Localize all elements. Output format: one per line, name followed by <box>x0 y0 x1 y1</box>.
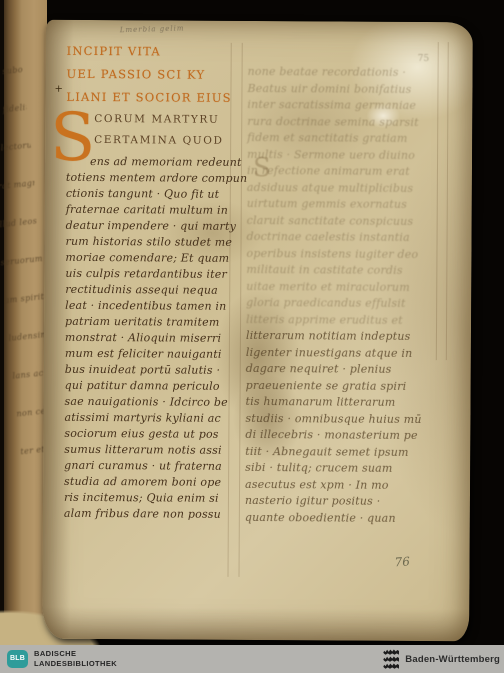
manuscript-text-line: tiit · Abnegauit semet ipsum <box>245 444 445 462</box>
faded-text-line: rura doctrinae semina sparsit <box>247 114 447 132</box>
manuscript-text-line: sumus litterarum notis assi <box>64 443 242 460</box>
manuscript-text-line: ctionis tangunt · Quo fit ut <box>66 187 244 204</box>
photo-backdrop: nam subole eruditsed fidelium aplut lect… <box>0 0 504 673</box>
manuscript-text-line: qui patitur damna periculo <box>65 379 243 396</box>
faded-text-line: litteris apprime eruditus et <box>246 312 446 330</box>
manuscript-text-line: litterarum notitiam indeptus <box>246 329 446 347</box>
faded-text-line: uirtutum gemmis exornatus <box>247 197 447 215</box>
manuscript-text-line: leat · incedentibus tamen in <box>65 299 243 316</box>
book-spine-edge: nam subole eruditsed fidelium aplut lect… <box>0 0 47 646</box>
manuscript-text-line: mum est feliciter nauiganti <box>65 347 243 364</box>
faded-text-line: in refectione animarum erat <box>247 164 447 182</box>
spine-text-line: illud leos potentes <box>0 216 42 258</box>
manuscript-text-line: gnari curamus · ut fraterna <box>64 459 242 476</box>
faded-text-line: fidem et sanctitatis gratiam <box>247 131 447 149</box>
spine-text-line: nam subole erudit <box>0 65 26 107</box>
library-footer-bar: BLB BADISCHE LANDESBIBLIOTHEK Baden-Würt… <box>0 645 504 673</box>
folio-number-bottom: 76 <box>394 554 410 569</box>
manuscript-text-line: nasterio igitur positus · <box>245 494 445 512</box>
faded-text-line: gloria praedicandus effulsit <box>246 296 446 314</box>
manuscript-text-line: deatur impendere · qui marty <box>66 219 244 236</box>
capitals-line: CERTAMINA QUOD <box>94 134 244 156</box>
library-name-line1: BADISCHE <box>34 649 117 659</box>
faded-text-line: operibus insistens iugiter deo <box>246 246 446 264</box>
faded-text-line: inter sacratissima germaniae <box>247 98 447 116</box>
manuscript-text-line: patriam ueritatis tramitem <box>65 315 243 332</box>
manuscript-text-line: studiis · omnibusque huius mū <box>245 411 445 429</box>
manuscript-text-line: sae nauigationis · Idcirco be <box>65 395 243 412</box>
library-name-line2: LANDESBIBLIOTHEK <box>34 659 117 669</box>
faded-text-line: doctrinae caelestis instantia <box>247 230 447 248</box>
spine-text-line: erat magnus ille <box>0 178 38 220</box>
blb-logo: BLB <box>7 650 28 668</box>
marginal-cross-mark: + <box>54 84 62 95</box>
manuscript-text-line: atissimi martyris kyliani ac <box>64 411 242 428</box>
spine-text-line: sed fidelium apl <box>0 103 30 145</box>
top-inscription: Lmerbia gelim <box>120 24 185 34</box>
spine-text-line: ut lectorum sermo <box>0 141 34 183</box>
three-lions-icon <box>383 649 399 669</box>
folio-number-top: 75 <box>418 54 430 64</box>
manuscript-text-line: di illecebris · monasterium pe <box>245 428 445 446</box>
library-name: BADISCHE LANDESBIBLIOTHEK <box>34 649 117 668</box>
decorated-initial: S <box>50 109 96 167</box>
lion-icon <box>383 663 399 669</box>
faded-text-line: Beatus uir domini bonifatius <box>247 81 447 99</box>
manuscript-text-line: tis humanarum litterarum <box>246 395 446 413</box>
manuscript-page: Lmerbia gelim 75 76 + INCIPIT VITAUEL PA… <box>42 20 473 642</box>
faded-text-line: claruit sanctitate conspicuus <box>247 213 447 231</box>
manuscript-text-line: sociorum eius gesta ut pos <box>64 427 242 444</box>
manuscript-text-line: rectitudinis assequi nequa <box>65 283 243 300</box>
manuscript-text-line: ens ad memoriam redeunt <box>90 155 244 172</box>
manuscript-text-line: praeueniente se gratia spiri <box>246 378 446 396</box>
left-text-column: INCIPIT VITAUEL PASSIO SCI KYLIANI ET SO… <box>64 44 245 524</box>
manuscript-text-line: ligenter inuestigans atque in <box>246 345 446 363</box>
manuscript-text-line: uis culpis retardantibus iter <box>65 267 243 284</box>
faded-text-line: adsiduus atque multiplicibus <box>247 180 447 198</box>
spine-text-line: seruorum usque fi <box>0 254 46 296</box>
right-text-column: S none beatae recordationis ·Beatus uir … <box>245 65 448 528</box>
manuscript-text-line: rum historias stilo studet me <box>65 235 243 252</box>
rubric-line: INCIPIT VITA <box>67 44 245 68</box>
manuscript-text-line: bus inuideat portū salutis · <box>65 363 243 380</box>
capitals-line: CORUM MARTYRU <box>94 113 244 135</box>
faded-text-line: uitae merito et miraculorum <box>246 279 446 297</box>
rubric-line: UEL PASSIO SCI KY <box>66 67 244 91</box>
faded-text-line: militauit in castitate cordis <box>246 263 446 281</box>
state-logo: Baden-Württemberg <box>383 647 500 671</box>
faded-text-line: multis · Sermone uero diuino <box>247 147 447 165</box>
opening-block: S CORUM MARTYRUCERTAMINA QUOD <box>66 113 244 156</box>
manuscript-text-line: sibi · tulitq; crucem suam <box>245 461 445 479</box>
state-name: Baden-Württemberg <box>405 654 500 665</box>
manuscript-text-line: alam fribus dare non possu <box>64 507 242 524</box>
faded-text-line: none beatae recordationis · <box>248 65 448 83</box>
manuscript-text-line: ris incitemus; Quia enim si <box>64 491 242 508</box>
manuscript-text-line: moriae comendare; Et quam <box>65 251 243 268</box>
spine-text-line: am spiritum · Sym <box>4 292 50 334</box>
lion-icon <box>383 656 399 662</box>
manuscript-text-line: quante oboedientie · quan <box>245 510 445 528</box>
manuscript-text-line: dagare nequiret · plenius <box>246 362 446 380</box>
manuscript-text-line: asecutus est xpm · In mo <box>245 477 445 495</box>
manuscript-text-line: monstrat · Alioquin miserri <box>65 331 243 348</box>
lion-icon <box>383 649 399 655</box>
manuscript-text-line: studia ad amorem boni ope <box>64 475 242 492</box>
manuscript-text-line: fraternae caritati multum in <box>66 203 244 220</box>
